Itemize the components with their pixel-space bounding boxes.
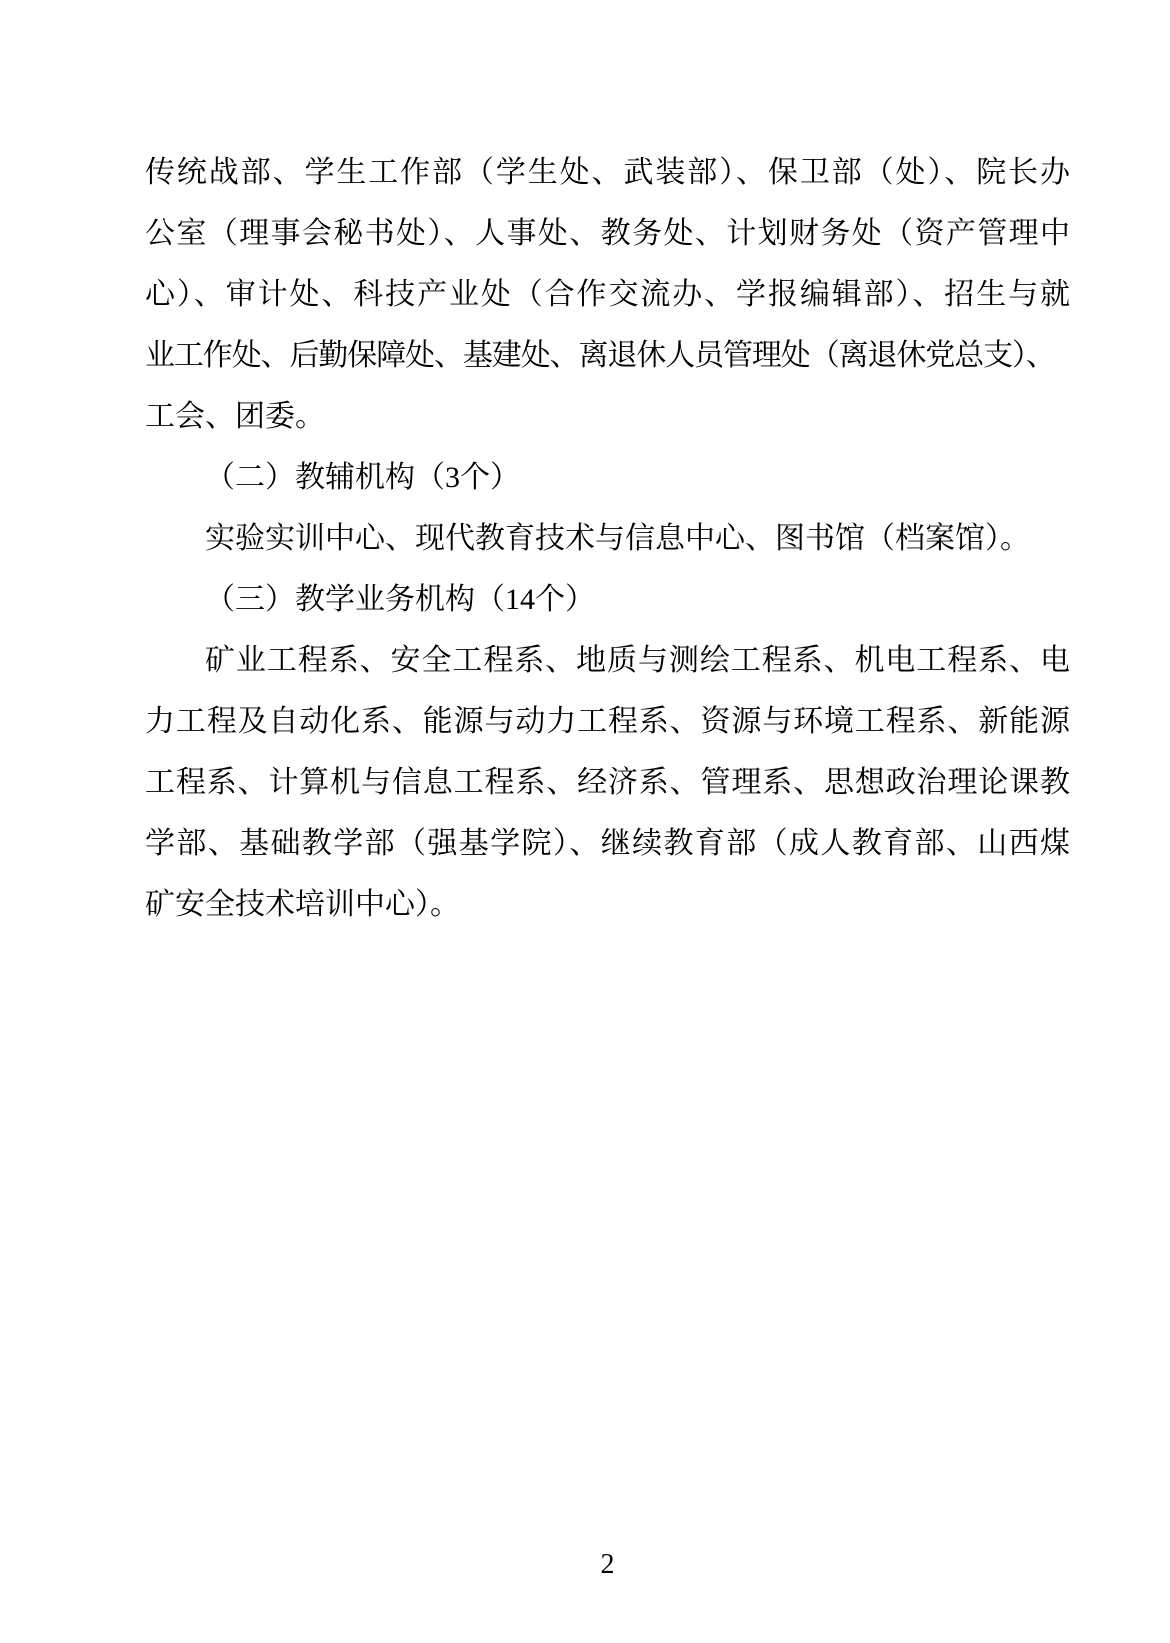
doc-line: 实验实训中心、现代教育技术与信息中心、图书馆（档案馆）。	[145, 508, 1070, 569]
page-number: 2	[145, 1548, 1070, 1582]
doc-line-heading: （二）教辅机构（3个）	[145, 447, 1070, 508]
document-body: 传统战部、学生工作部（学生处、武装部）、保卫部（处）、院长办 公室（理事会秘书处…	[145, 142, 1070, 935]
doc-line: 工程系、计算机与信息工程系、经济系、管理系、思想政治理论课教	[145, 752, 1070, 813]
doc-line: 矿安全技术培训中心）。	[145, 874, 1070, 935]
doc-line: 矿业工程系、安全工程系、地质与测绘工程系、机电工程系、电	[145, 630, 1070, 691]
doc-line: 心）、审计处、科技产业处（合作交流办、学报编辑部）、招生与就	[145, 264, 1070, 325]
doc-line-heading: （三）教学业务机构（14个）	[145, 569, 1070, 630]
doc-line: 力工程及自动化系、能源与动力工程系、资源与环境工程系、新能源	[145, 691, 1070, 752]
doc-line: 工会、团委。	[145, 386, 1070, 447]
doc-line: 学部、基础教学部（强基学院）、继续教育部（成人教育部、山西煤	[145, 813, 1070, 874]
doc-line: 传统战部、学生工作部（学生处、武装部）、保卫部（处）、院长办	[145, 142, 1070, 203]
doc-line: 公室（理事会秘书处）、人事处、教务处、计划财务处（资产管理中	[145, 203, 1070, 264]
doc-line: 业工作处、后勤保障处、基建处、离退休人员管理处（离退休党总支）、	[145, 325, 1070, 386]
document-page: 传统战部、学生工作部（学生处、武装部）、保卫部（处）、院长办 公室（理事会秘书处…	[0, 0, 1170, 1643]
